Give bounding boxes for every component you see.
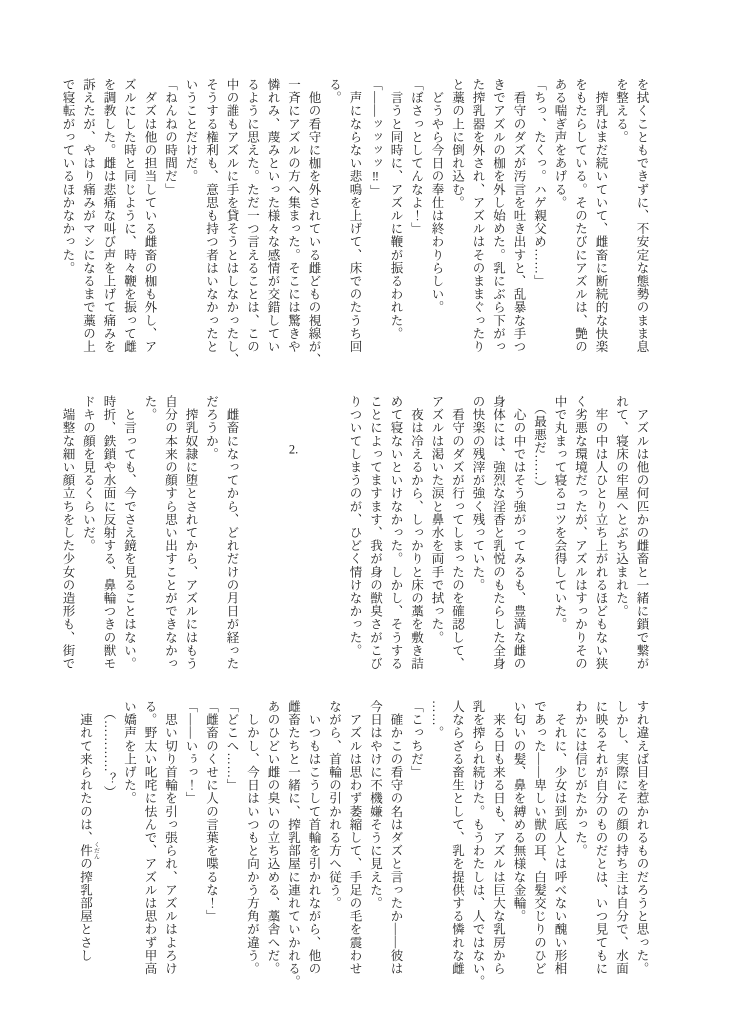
text-line: 思い切り首輪を引っ張られ、アズルはよろけ <box>160 700 181 994</box>
text-line: 他の看守に枷を外されている雌どもの視線が、 <box>304 78 325 370</box>
text-line: 来る日も来る日も、アズルは巨大な乳房から <box>488 700 509 994</box>
text-line: 訴えたが、やはり痛みがマシになるまで藁の上 <box>78 78 99 370</box>
text-line: アズルは思わず萎縮して、手足の毛を震わせ <box>345 700 366 994</box>
text-line: 今日はやけに不機嫌そうに見えた。 <box>365 700 386 994</box>
text-line: わかには信じがたかった。 <box>570 700 591 994</box>
text-line: そうする権利も、意思も持つ者はいなかったと <box>201 78 222 370</box>
text-line: ドキの顔を見るくらいだ。 <box>78 395 99 675</box>
text-line: 一斉にアズルの方へ集まった。そこには驚きや <box>283 78 304 370</box>
text-line: しかし、今日はいつもと向かう方角が違う。 <box>242 700 263 994</box>
text-line: ダズは他の担当している雌畜の枷も外し、ア <box>140 78 161 370</box>
text-line: 時折、鉄鎖や水面に反射する、鼻輪つきの獣モ <box>99 395 120 675</box>
text-line: りついてしまうのが、ひどく情けなかった。 <box>345 395 366 675</box>
text-band-middle: アズルは他の何匹かの雌畜と一緒に鎖で繋がれて、寝床の牢屋へとぶち込まれた。 牢の… <box>58 395 653 675</box>
text-line: る。野太い叱咤に怯んで、アズルは思わず甲高 <box>140 700 161 994</box>
text-line: 看守のダズが汚言を吐き出すと、乱暴な手つ <box>509 78 530 370</box>
text-line: 中で丸まって寝るコツを会得していた。 <box>550 395 571 675</box>
text-line: を調教した。雌は悲痛な叫び声を上げて痛みを <box>99 78 120 370</box>
text-line: で寝転がっているほかなかった。 <box>58 78 79 370</box>
text-line: 搾乳はまだ続いていて、雌畜に断続的な快楽 <box>591 78 612 370</box>
text-line: 「――ッッッッ‼」 <box>365 78 386 370</box>
text-line: い嬌声を上げた。 <box>119 700 140 994</box>
text-line: と言っても、今でさえ鏡を見ることはない。 <box>119 395 140 675</box>
text-line: た。 <box>140 395 161 675</box>
text-line: すれ違えば目を惹かれるものだろうと思った。 <box>632 700 653 994</box>
text-line: ながら、首輪の引かれる方へ従う。 <box>324 700 345 994</box>
text-line: 自分の本来の顔すら思い出すことができなかっ <box>160 395 181 675</box>
novel-page: を拭くこともできずに、不安定な態勢のまま息を整える。 搾乳はまだ続いていて、雌畜… <box>0 0 732 1024</box>
text-line: るように思えた。ただ一つ言えることは、この <box>242 78 263 370</box>
blank-line <box>304 395 325 675</box>
text-line: に映るそれが自分のものだとは、いつ見てもに <box>591 700 612 994</box>
text-line: の快楽の残滓が強く残っていた。 <box>468 395 489 675</box>
text-line: る。 <box>324 78 345 370</box>
text-line: 「ちっ、たくっ。ハゲ親父め……」 <box>529 78 550 370</box>
text-line: であった――卑しい獣の耳、白髪交じりのひど <box>529 700 550 994</box>
text-line: 身体には、強烈な淫香と乳悦のもたらした全身 <box>488 395 509 675</box>
text-line: 「――いぅっ！」 <box>181 700 202 994</box>
section-number-heading: 2. <box>283 395 304 675</box>
text-line: ことによってますます、我が身の獣臭さがこび <box>365 395 386 675</box>
text-line: めて寝ないといけなかった。しかし、そうする <box>386 395 407 675</box>
text-line-with-furigana: 連れて来られたのは、件くだんの搾乳部屋とさし <box>75 700 99 994</box>
text-line: だろうか。 <box>201 395 222 675</box>
text-line: 「ぼさっとしてんなよ！」 <box>406 78 427 370</box>
text-line: を拭くこともできずに、不安定な態勢のまま息 <box>632 78 653 370</box>
text-line: 声にならない悲鳴を上げて、床でのたうち回 <box>345 78 366 370</box>
text-line: 端整な細い顔立ちをした少女の造形も、街で <box>58 395 79 675</box>
text-line: （最悪だ……） <box>529 395 550 675</box>
text-line: 雌畜たちと一緒に、搾乳部屋に連れていかれる。 <box>283 700 304 994</box>
text-line: アズルは他の何匹かの雌畜と一緒に鎖で繋が <box>632 395 653 675</box>
text-line: ズルにした時と同じように、時々鞭を振って雌 <box>119 78 140 370</box>
text-line: 確かこの看守の名はダズと言ったか――彼は <box>386 700 407 994</box>
text-band-top: を拭くこともできずに、不安定な態勢のまま息を整える。 搾乳はまだ続いていて、雌畜… <box>58 78 653 370</box>
text-line: アズルは渇いた涙と鼻水を両手で拭った。 <box>427 395 448 675</box>
text-line: と藁の上に倒れ込む。 <box>447 78 468 370</box>
text-line: 憐れみ、蔑みといった様々な感情が交錯してい <box>263 78 284 370</box>
text-line: しかし、実際にその顔の持ち主は自分で、水面 <box>611 700 632 994</box>
text-band-bottom: すれ違えば目を惹かれるものだろうと思った。しかし、実際にその顔の持ち主は自分で、… <box>75 700 652 994</box>
text-line: きでアズルの枷を外し始めた。乳にぶら下がっ <box>488 78 509 370</box>
text-line: ある喘ぎ声をあげる。 <box>550 78 571 370</box>
text-line: く劣悪な環境だったが、アズルはすっかりその <box>570 395 591 675</box>
text-line: 夜は冷えるから、しっかりと床の藁を敷き詰 <box>406 395 427 675</box>
text-line: を整える。 <box>611 78 632 370</box>
text-line: 「どこへ……」 <box>222 700 243 994</box>
text-line: 搾乳奴隷に堕とされてから、アズルにはもう <box>181 395 202 675</box>
text-line: いつもはこうして首輪を引かれながら、他の <box>304 700 325 994</box>
text-line: 心の中ではそう強がってみるも、豊満な雌の <box>509 395 530 675</box>
text-line: 乳を搾られ続けた。もうわたしは、人ではない。 <box>468 700 489 994</box>
furigana-annotated-word: 件くだん <box>79 844 93 857</box>
text-line: 「ねんねの時間だ」 <box>160 78 181 370</box>
text-line: 雌畜になってから、どれだけの月日が経った <box>222 395 243 675</box>
text-line: をもたらしている。そのたびにアズルは、艶の <box>570 78 591 370</box>
text-line: 言うと同時に、アズルに鞭が振るわれた。 <box>386 78 407 370</box>
text-line: どうやら今日の奉仕は終わりらしい。 <box>427 78 448 370</box>
text-line: ……。 <box>427 700 448 994</box>
text-line: あのひどい雌の臭いの立ち込める、藁舎へだ。 <box>263 700 284 994</box>
text-line: 「雌畜のくせに人の言葉を喋るな！」 <box>201 700 222 994</box>
text-line: い匂いの髪、鼻を縛める無様な金輪。 <box>509 700 530 994</box>
text-line: 看守のダズが行ってしまったのを確認して、 <box>447 395 468 675</box>
section-number-text: 2. <box>287 443 301 456</box>
text-line: 人ならざる畜生として、乳を提供する憐れな雌 <box>447 700 468 994</box>
text-line: 牢の中は人ひとり立ち上がれるほどもない狭 <box>591 395 612 675</box>
text-line: 「こっちだ」 <box>406 700 427 994</box>
text-line: た搾乳器を外され、アズルはそのままぐったり <box>468 78 489 370</box>
blank-line <box>263 395 284 675</box>
blank-line <box>242 395 263 675</box>
text-line: それに、少女は到底人とは呼べない醜い形相 <box>550 700 571 994</box>
text-line: れて、寝床の牢屋へとぶち込まれた。 <box>611 395 632 675</box>
text-line: （…………？） <box>99 700 120 994</box>
blank-line <box>324 395 345 675</box>
text-line: 中の誰もアズルに手を貸そうとはしなかったし、 <box>222 78 243 370</box>
text-line: いうことだけだ。 <box>181 78 202 370</box>
